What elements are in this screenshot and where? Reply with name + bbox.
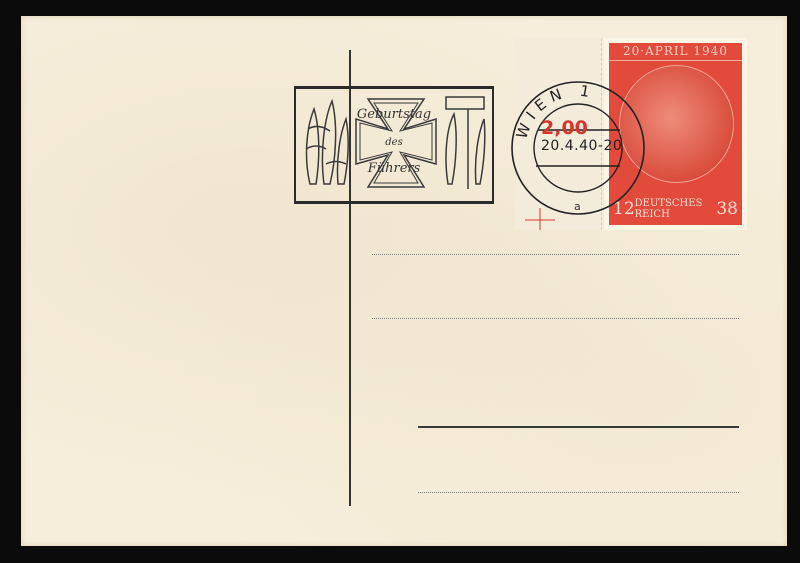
postmark-date: 20.4.40-20 [541, 138, 622, 154]
address-line-4 [418, 492, 739, 493]
postmark-time-overprint: 2,00 [541, 117, 588, 139]
stamp-top-text: 20·APRIL 1940 [609, 43, 742, 61]
cachet-text-line3: Führers [296, 161, 492, 176]
address-line-2 [372, 318, 739, 319]
cachet-text-line1: Geburtstag [296, 107, 492, 122]
cachet-text-line2: des [296, 137, 492, 148]
postmark-letter: a [574, 200, 581, 213]
address-line-1 [372, 254, 739, 255]
postcard: Geburtstag des Führers 20·APRIL 1940 12 … [21, 16, 787, 546]
commemorative-cachet: Geburtstag des Führers [294, 86, 494, 204]
address-line-3 [418, 426, 739, 428]
stamp-value-right: 38 [716, 199, 738, 219]
